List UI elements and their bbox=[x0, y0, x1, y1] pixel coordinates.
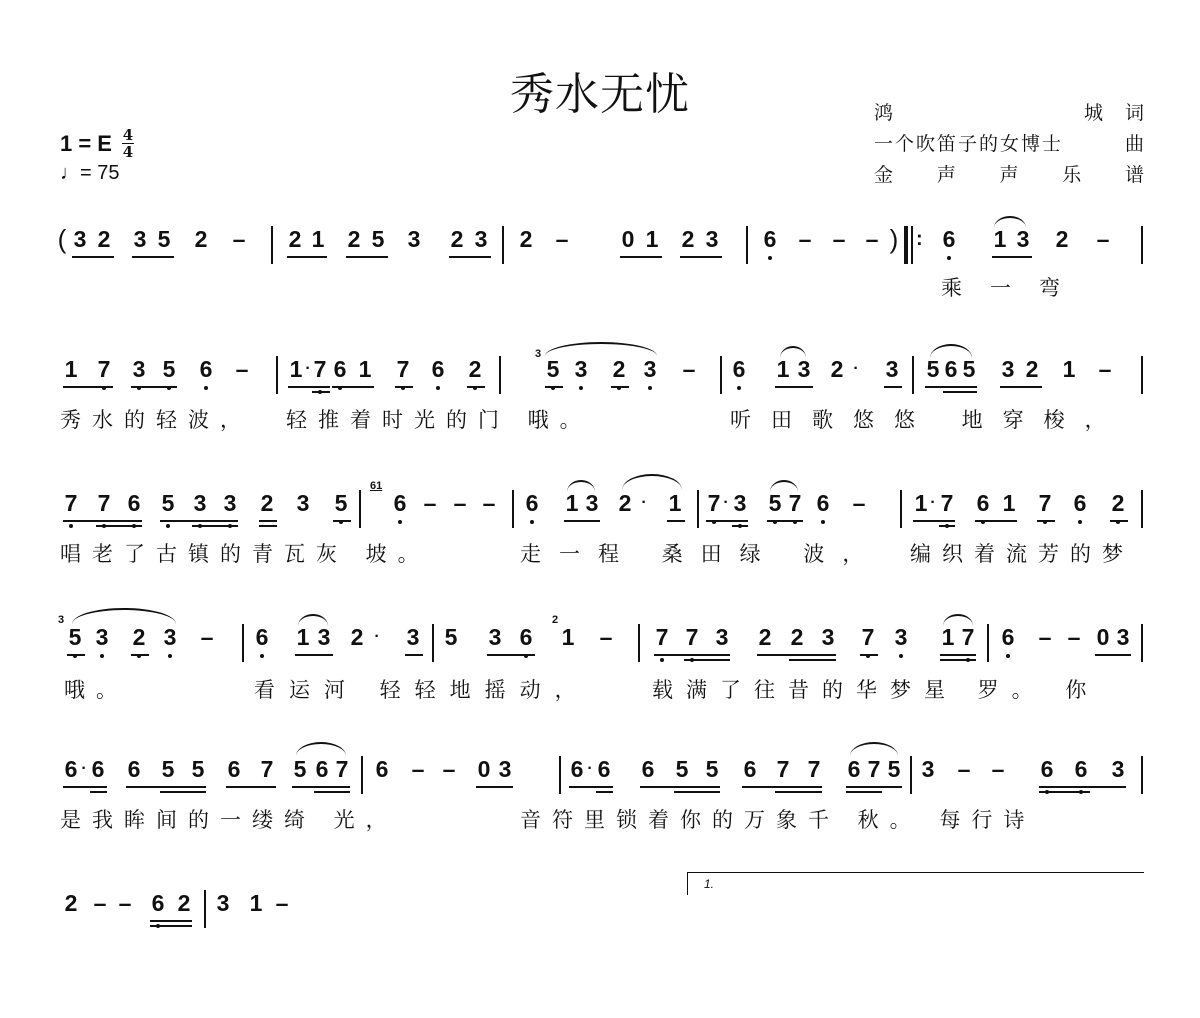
dash: – bbox=[199, 624, 215, 650]
grace-note: 3 bbox=[535, 348, 541, 360]
dash: – bbox=[956, 756, 972, 782]
underline bbox=[654, 654, 730, 656]
note: 3 bbox=[820, 624, 836, 650]
dash: – bbox=[864, 226, 880, 252]
note-low: 6 bbox=[198, 356, 214, 382]
note: 3 bbox=[884, 356, 900, 382]
underline-double bbox=[259, 525, 277, 527]
lyric-line: 轻推着时光的门 哦。 bbox=[286, 404, 592, 434]
note-low: 3 bbox=[131, 356, 147, 382]
underline-double bbox=[312, 391, 330, 393]
dash: – bbox=[1037, 624, 1053, 650]
note: 0 bbox=[620, 226, 636, 252]
note: 1 bbox=[564, 490, 580, 516]
note-low: 7 bbox=[312, 356, 328, 382]
repeat-barline-thin bbox=[911, 226, 913, 264]
lyric-line: 秀水的轻波， bbox=[60, 404, 252, 434]
underline bbox=[72, 256, 114, 258]
note: 6 bbox=[226, 756, 242, 782]
underline bbox=[992, 256, 1032, 258]
underline bbox=[449, 256, 491, 258]
note-low: 7 bbox=[860, 624, 876, 650]
note: 3 bbox=[487, 624, 503, 650]
underline bbox=[63, 520, 142, 522]
rest: 0 bbox=[476, 756, 492, 782]
barline bbox=[987, 624, 989, 662]
note-low: 3 bbox=[162, 624, 178, 650]
note: 7 bbox=[259, 756, 275, 782]
note-low: 3 bbox=[192, 490, 208, 516]
underline bbox=[1000, 386, 1042, 388]
note-low: 7 bbox=[684, 624, 700, 650]
underline-double bbox=[732, 525, 748, 527]
note: 2 bbox=[617, 490, 633, 516]
underline bbox=[226, 786, 276, 788]
note: 5 bbox=[925, 356, 941, 382]
note-low: 5 bbox=[767, 490, 783, 516]
underline bbox=[940, 654, 976, 656]
tempo-marking: ♩= 75 bbox=[60, 159, 134, 187]
note: 3 bbox=[406, 226, 422, 252]
underline-double bbox=[940, 659, 976, 661]
underline bbox=[333, 520, 351, 522]
underline bbox=[292, 786, 350, 788]
barline bbox=[1141, 756, 1143, 794]
note: 3 bbox=[295, 490, 311, 516]
note: 2 bbox=[518, 226, 534, 252]
note-low: 3 bbox=[893, 624, 909, 650]
underline bbox=[706, 520, 748, 522]
grace-note: 2 bbox=[552, 614, 558, 626]
lyric-line: 编织着流芳的梦 bbox=[910, 538, 1134, 568]
note: 5 bbox=[156, 226, 172, 252]
note: 1 bbox=[667, 490, 683, 516]
underline-double bbox=[775, 791, 822, 793]
underline bbox=[742, 786, 822, 788]
dash: – bbox=[234, 356, 250, 382]
barline bbox=[432, 624, 434, 662]
credit-transcriber: 金 声 声 乐 谱 bbox=[874, 160, 1144, 191]
grace-note: 61 bbox=[370, 480, 382, 492]
note: 1 bbox=[644, 226, 660, 252]
slur bbox=[850, 742, 898, 756]
dash: – bbox=[831, 226, 847, 252]
note-low: 7 bbox=[96, 490, 112, 516]
slur bbox=[72, 608, 176, 624]
note: 3 bbox=[72, 226, 88, 252]
dash: – bbox=[598, 624, 614, 650]
note-low: 3 bbox=[222, 490, 238, 516]
note: 3 bbox=[714, 624, 730, 650]
note-low: 5 bbox=[333, 490, 349, 516]
underline-double bbox=[192, 525, 238, 527]
lyric-line: 听田歌悠悠 地穿梭， bbox=[730, 404, 1126, 434]
repeat-barline bbox=[904, 226, 908, 264]
barline bbox=[242, 624, 244, 662]
note: 6 bbox=[596, 756, 612, 782]
slur bbox=[545, 342, 657, 356]
note: 6 bbox=[640, 756, 656, 782]
note: 5 bbox=[443, 624, 459, 650]
barline bbox=[638, 624, 640, 662]
note: 3 bbox=[920, 756, 936, 782]
underline bbox=[63, 786, 107, 788]
note: 7 bbox=[775, 756, 791, 782]
underline bbox=[126, 786, 206, 788]
note-low: 6 bbox=[332, 356, 348, 382]
barline bbox=[1141, 226, 1143, 264]
note: 1 bbox=[63, 356, 79, 382]
underline bbox=[564, 520, 600, 522]
note-low: 6 bbox=[815, 490, 831, 516]
note-low: 3 bbox=[732, 490, 748, 516]
underline bbox=[467, 386, 485, 388]
note: 3 bbox=[473, 226, 489, 252]
note: 2 bbox=[789, 624, 805, 650]
underline-double bbox=[1039, 791, 1090, 793]
note-low: 2 bbox=[467, 356, 483, 382]
note: 3 bbox=[132, 226, 148, 252]
underline bbox=[476, 786, 513, 788]
note: 2 bbox=[176, 890, 192, 916]
dash: – bbox=[441, 756, 457, 782]
dash: – bbox=[410, 756, 426, 782]
underline-double bbox=[96, 525, 142, 527]
note: 1 bbox=[992, 226, 1008, 252]
underline bbox=[757, 654, 836, 656]
dash: – bbox=[231, 226, 247, 252]
note: 3 bbox=[215, 890, 231, 916]
note-low: 5 bbox=[161, 356, 177, 382]
underline-double bbox=[90, 791, 107, 793]
note-low: 7 bbox=[939, 490, 955, 516]
key-tempo-block: 1 = E 4 4 ♩= 75 bbox=[60, 128, 134, 187]
dash: – bbox=[117, 890, 133, 916]
note-low: 2 bbox=[611, 356, 627, 382]
note: 1 bbox=[1001, 490, 1017, 516]
dash: – bbox=[452, 490, 468, 516]
underline bbox=[913, 520, 955, 522]
note: 2 bbox=[1054, 226, 1070, 252]
note-low: 6 bbox=[126, 490, 142, 516]
underline bbox=[288, 386, 330, 388]
underline bbox=[545, 386, 563, 388]
barline bbox=[204, 890, 206, 928]
note: 3 bbox=[405, 624, 421, 650]
underline bbox=[846, 786, 902, 788]
note: 7 bbox=[866, 756, 882, 782]
note-low: 5 bbox=[160, 490, 176, 516]
note-low: 6 bbox=[731, 356, 747, 382]
slur bbox=[943, 614, 973, 626]
volta-bracket: 1. bbox=[687, 872, 1144, 895]
underline-double bbox=[684, 659, 730, 661]
barline bbox=[559, 756, 561, 794]
note-low: 7 bbox=[787, 490, 803, 516]
underline bbox=[667, 520, 685, 522]
note: 6 bbox=[90, 756, 106, 782]
note-low: 7 bbox=[96, 356, 112, 382]
underline bbox=[611, 386, 629, 388]
close-paren: ) bbox=[886, 226, 902, 252]
dot: · bbox=[369, 624, 385, 650]
underline-double bbox=[314, 791, 350, 793]
underline bbox=[67, 654, 85, 656]
note: 5 bbox=[886, 756, 902, 782]
underline bbox=[1039, 786, 1126, 788]
note: 2 bbox=[63, 890, 79, 916]
note: 3 bbox=[1015, 226, 1031, 252]
barline bbox=[720, 356, 722, 394]
note-low: 6 bbox=[430, 356, 446, 382]
underline bbox=[487, 654, 535, 656]
underline bbox=[1110, 520, 1128, 522]
rest: 0 bbox=[1095, 624, 1111, 650]
underline bbox=[160, 520, 238, 522]
note-low: 6 bbox=[524, 490, 540, 516]
underline-double bbox=[939, 525, 955, 527]
dot: · bbox=[636, 490, 652, 516]
dash: – bbox=[990, 756, 1006, 782]
underline bbox=[150, 920, 192, 922]
note-low: 3 bbox=[642, 356, 658, 382]
note: 3 bbox=[316, 624, 332, 650]
slur bbox=[930, 344, 972, 358]
note: 1 bbox=[310, 226, 326, 252]
note: 2 bbox=[757, 624, 773, 650]
note: 2 bbox=[259, 490, 275, 516]
underline bbox=[925, 386, 977, 388]
dash: – bbox=[681, 356, 697, 382]
underline-double bbox=[846, 791, 882, 793]
underline bbox=[620, 256, 662, 258]
note-low: 6 bbox=[518, 624, 534, 650]
note: 1 bbox=[1061, 356, 1077, 382]
underline-double bbox=[789, 659, 836, 661]
slur bbox=[770, 480, 798, 492]
underline-double bbox=[943, 391, 977, 393]
underline bbox=[775, 386, 813, 388]
note-low: 3 bbox=[573, 356, 589, 382]
note-low: 6 bbox=[1039, 756, 1055, 782]
underline bbox=[346, 256, 388, 258]
barline bbox=[910, 756, 912, 794]
slur bbox=[994, 216, 1026, 228]
note: 3 bbox=[497, 756, 513, 782]
lyric-line: 是我眸间的一缕绮 光， bbox=[60, 804, 398, 834]
dash: – bbox=[92, 890, 108, 916]
note-low: 7 bbox=[960, 624, 976, 650]
note-low: 5 bbox=[545, 356, 561, 382]
underline-double bbox=[596, 791, 613, 793]
underline bbox=[569, 786, 613, 788]
note-low: 6 bbox=[1000, 624, 1016, 650]
note-low: 6 bbox=[762, 226, 778, 252]
dash: – bbox=[851, 490, 867, 516]
barline bbox=[1141, 490, 1143, 528]
note: 3 bbox=[1110, 756, 1126, 782]
underline bbox=[884, 386, 902, 388]
dash: – bbox=[1097, 356, 1113, 382]
note-low: 5 bbox=[67, 624, 83, 650]
dash: – bbox=[274, 890, 290, 916]
note: 2 bbox=[193, 226, 209, 252]
underline-double bbox=[160, 791, 206, 793]
slur bbox=[298, 614, 328, 626]
note-low: 7 bbox=[63, 490, 79, 516]
underline bbox=[287, 256, 327, 258]
barline bbox=[697, 490, 699, 528]
barline bbox=[912, 356, 914, 394]
note: 3 bbox=[1000, 356, 1016, 382]
barline bbox=[499, 356, 501, 394]
underline bbox=[63, 386, 113, 388]
note: 2 bbox=[680, 226, 696, 252]
underline bbox=[131, 386, 177, 388]
note: 3 bbox=[704, 226, 720, 252]
lyric-line: 音符里锁着你的万象千 秋。 每行诗 bbox=[520, 804, 1035, 834]
note: 5 bbox=[190, 756, 206, 782]
underline bbox=[259, 520, 277, 522]
note-low: 6 bbox=[1073, 756, 1089, 782]
note-low: 2 bbox=[1110, 490, 1126, 516]
barline bbox=[900, 490, 902, 528]
note-low: 6 bbox=[1072, 490, 1088, 516]
note: 7 bbox=[806, 756, 822, 782]
note: 2 bbox=[96, 226, 112, 252]
barline bbox=[276, 356, 278, 394]
note-low: 6 bbox=[254, 624, 270, 650]
note: 1 bbox=[248, 890, 264, 916]
note: 2 bbox=[829, 356, 845, 382]
note-low: 7 bbox=[1037, 490, 1053, 516]
dash: – bbox=[554, 226, 570, 252]
note: 1 bbox=[775, 356, 791, 382]
note: 2 bbox=[349, 624, 365, 650]
underline bbox=[295, 654, 333, 656]
underline bbox=[131, 654, 149, 656]
underline bbox=[640, 786, 720, 788]
credit-lyricist: 鸿 城 词 bbox=[874, 98, 1144, 129]
note-low: 7 bbox=[654, 624, 670, 650]
note-low: 6 bbox=[392, 490, 408, 516]
underline bbox=[680, 256, 722, 258]
note: 2 bbox=[287, 226, 303, 252]
credits-block: 鸿 城 词 一个吹笛子的女博士 曲 金 声 声 乐 谱 bbox=[874, 98, 1144, 191]
note: 2 bbox=[449, 226, 465, 252]
lyric-line: 载满了往昔的华梦星 罗。 你 bbox=[652, 674, 1099, 704]
note: 1 bbox=[940, 624, 956, 650]
barline bbox=[512, 490, 514, 528]
note-low: 3 bbox=[94, 624, 110, 650]
underline bbox=[1095, 654, 1131, 656]
note: 7 bbox=[334, 756, 350, 782]
dash: – bbox=[797, 226, 813, 252]
dash: – bbox=[1066, 624, 1082, 650]
note: 6 bbox=[943, 356, 959, 382]
lyric-line: 看运河 轻轻地摇动， bbox=[254, 674, 590, 704]
note-low: 6 bbox=[150, 890, 166, 916]
note: 6 bbox=[742, 756, 758, 782]
key-signature: 1 = E bbox=[60, 130, 112, 158]
barline bbox=[271, 226, 273, 264]
underline bbox=[1037, 520, 1055, 522]
underline bbox=[767, 520, 803, 522]
barline bbox=[1141, 356, 1143, 394]
note-low: 6 bbox=[975, 490, 991, 516]
lyric-line: 唱老了古镇的青瓦灰 坡。 bbox=[60, 538, 430, 568]
note: 5 bbox=[961, 356, 977, 382]
underline-double bbox=[150, 925, 192, 927]
repeat-dots: : bbox=[916, 228, 923, 251]
underline bbox=[975, 520, 1017, 522]
note-low: 2 bbox=[131, 624, 147, 650]
underline bbox=[395, 386, 413, 388]
underline bbox=[332, 386, 374, 388]
slur bbox=[296, 742, 346, 756]
note: 2 bbox=[346, 226, 362, 252]
time-signature: 4 4 bbox=[122, 128, 134, 159]
underline-double bbox=[674, 791, 720, 793]
barline bbox=[361, 756, 363, 794]
underline bbox=[405, 654, 423, 656]
note: 5 bbox=[674, 756, 690, 782]
dash: – bbox=[1095, 226, 1111, 252]
lyric-line: 乘一弯 bbox=[941, 272, 1088, 302]
note: 3 bbox=[796, 356, 812, 382]
credit-composer: 一个吹笛子的女博士 曲 bbox=[874, 129, 1144, 160]
barline bbox=[502, 226, 504, 264]
note: 5 bbox=[704, 756, 720, 782]
grace-note: 3 bbox=[58, 614, 64, 626]
lyric-line: 哦。 bbox=[64, 674, 128, 704]
note: 6 bbox=[126, 756, 142, 782]
dot: · bbox=[848, 356, 864, 382]
note: 1 bbox=[560, 624, 576, 650]
note: 3 bbox=[1115, 624, 1131, 650]
barline bbox=[746, 226, 748, 264]
note-low: 7 bbox=[395, 356, 411, 382]
note: 5 bbox=[160, 756, 176, 782]
note: 1 bbox=[295, 624, 311, 650]
barline bbox=[1141, 624, 1143, 662]
volta-label: 1. bbox=[704, 877, 714, 891]
dash: – bbox=[422, 490, 438, 516]
note: 5 bbox=[292, 756, 308, 782]
note: 3 bbox=[584, 490, 600, 516]
note-low: 6 bbox=[941, 226, 957, 252]
underline bbox=[860, 654, 878, 656]
underline bbox=[132, 256, 174, 258]
note: 5 bbox=[370, 226, 386, 252]
barline bbox=[359, 490, 361, 528]
slur bbox=[567, 480, 595, 492]
note: 1 bbox=[357, 356, 373, 382]
note: 2 bbox=[1024, 356, 1040, 382]
note: 6 bbox=[846, 756, 862, 782]
dash: – bbox=[481, 490, 497, 516]
slur bbox=[780, 346, 806, 358]
open-paren: ( bbox=[54, 226, 70, 252]
lyric-line: 走一程 桑田绿 波， bbox=[520, 538, 881, 568]
note: 6 bbox=[314, 756, 330, 782]
slur bbox=[622, 474, 682, 490]
note: 6 bbox=[374, 756, 390, 782]
